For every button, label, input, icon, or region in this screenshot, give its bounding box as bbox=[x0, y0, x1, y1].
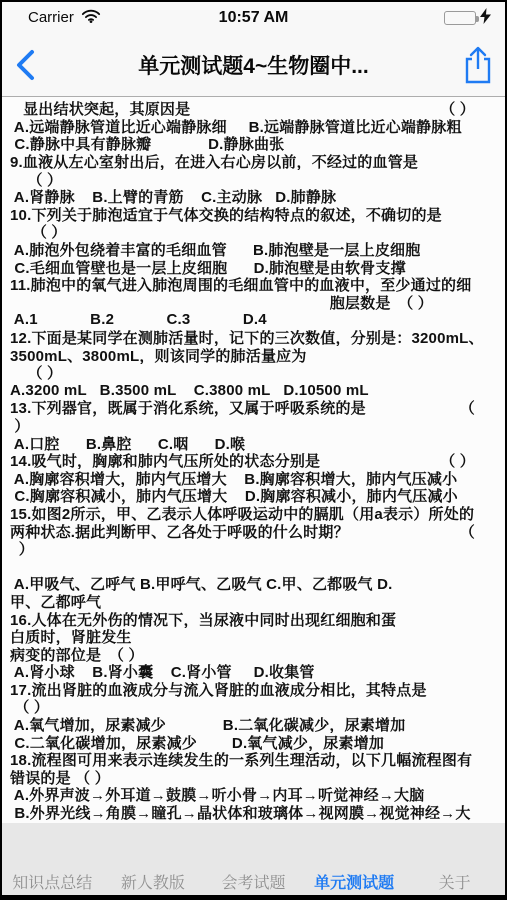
document-line: 错误的是 （ ） bbox=[2, 769, 505, 787]
document-line: A.肺泡外包绕着丰富的毛细血管 B.肺泡壁是一层上皮细胞 bbox=[2, 241, 505, 259]
document-content[interactable]: 显出结状突起，其原因是（ ） A.远端静脉管道比近心端静脉细 B.远端静脉管道比… bbox=[2, 97, 505, 823]
document-line: B.外界光线→角膜→瞳孔→晶状体和玻璃体→视网膜→视觉神经→大 bbox=[2, 804, 505, 822]
document-line: 3500mL、3800mL，则该同学的肺活量应为 bbox=[2, 346, 505, 364]
document-line: 17.流出肾脏的血液成分与流入肾脏的血液成分相比，其特点是 bbox=[2, 681, 505, 699]
battery-icon bbox=[444, 11, 476, 25]
document-line: C.毛细血管壁也是一层上皮细胞 D.肺泡壁是由软骨支撑 bbox=[2, 258, 505, 276]
bottom-bar: 知识点总结新人教版会考试题单元测试题关于 bbox=[2, 823, 505, 900]
document-line: （ ） bbox=[2, 170, 505, 188]
document-line bbox=[2, 557, 505, 575]
document-line: 两种状态.据此判断甲、乙各处于呼吸的什么时期？（ bbox=[2, 522, 505, 540]
document-line: 16.人体在无外伤的情况下，当尿液中同时出现红细胞和蛋 bbox=[2, 610, 505, 628]
document-line: （ ） bbox=[2, 223, 505, 241]
document-line: A.口腔 B.鼻腔 C.咽 D.喉 bbox=[2, 434, 505, 452]
navigation-bar: 单元测试题4~生物圈中... bbox=[2, 33, 505, 97]
wifi-icon bbox=[81, 8, 101, 27]
carrier-label: Carrier bbox=[28, 9, 74, 26]
app-window: Carrier 10:57 AM bbox=[2, 2, 505, 900]
document-line: A.3200 mL B.3500 mL C.3800 mL D.10500 mL bbox=[2, 382, 505, 400]
screen-bottom-edge bbox=[0, 895, 507, 900]
page-title: 单元测试题4~生物圈中... bbox=[52, 50, 455, 80]
document-line: ） bbox=[2, 540, 505, 558]
share-button[interactable] bbox=[463, 45, 493, 85]
tab-exam-questions[interactable]: 会考试题 bbox=[203, 870, 304, 893]
document-line: （ ） bbox=[2, 364, 505, 382]
answer-bracket: （ ） bbox=[440, 100, 475, 118]
answer-bracket: （ bbox=[460, 522, 475, 540]
charging-bolt-icon bbox=[480, 8, 491, 28]
document-line: 14.吸气时，胸廓和肺内气压所处的状态分别是（ ） bbox=[2, 452, 505, 470]
document-line: C.胸廓容积减小，肺内气压增大 D.胸廓容积减小，肺内气压减小 bbox=[2, 487, 505, 505]
document-line: 白质时，肾脏发生 bbox=[2, 628, 505, 646]
document-line: C.静脉中具有静脉瓣 D.静脉曲张 bbox=[2, 135, 505, 153]
tab-new-pep-edition[interactable]: 新人教版 bbox=[103, 870, 204, 893]
document-line: A.甲吸气、乙呼气 B.甲呼气、乙吸气 C.甲、乙都吸气 D. bbox=[2, 575, 505, 593]
document-line: 18.流程图可用来表示连续发生的一系列生理活动，以下几幅流程图有 bbox=[2, 751, 505, 769]
document-line: A.1 B.2 C.3 D.4 bbox=[2, 311, 505, 329]
phone-screen: Carrier 10:57 AM bbox=[0, 0, 507, 900]
tab-about[interactable]: 关于 bbox=[404, 870, 505, 893]
document-line: （ ） bbox=[2, 698, 505, 716]
document-line: 9.血液从左心室射出后，在进入右心房以前，不经过的血管是 bbox=[2, 153, 505, 171]
document-line: ） bbox=[2, 417, 505, 435]
answer-bracket: （ bbox=[460, 399, 475, 417]
document-line: A.外界声波→外耳道→鼓膜→听小骨→内耳→听觉神经→大脑 bbox=[2, 786, 505, 804]
document-line: 13.下列器官，既属于消化系统，又属于呼吸系统的是（ bbox=[2, 399, 505, 417]
document-line: 10.下列关于肺泡适宜于气体交换的结构特点的叙述，不确切的是 bbox=[2, 206, 505, 224]
document-line: 11.肺泡中的氧气进入肺泡周围的毛细血管中的血液中，至少通过的细 bbox=[2, 276, 505, 294]
answer-bracket: （ ） bbox=[440, 452, 475, 470]
document-line: 胞层数是 （ ） bbox=[2, 294, 505, 312]
document-line: 12.下面是某同学在测肺活量时，记下的三次数值，分别是：3200mL、 bbox=[2, 329, 505, 347]
tab-knowledge-summary[interactable]: 知识点总结 bbox=[2, 870, 103, 893]
document-line: 显出结状突起，其原因是（ ） bbox=[2, 100, 505, 118]
document-line: A.远端静脉管道比近心端静脉细 B.远端静脉管道比近心端静脉粗 bbox=[2, 118, 505, 136]
chevron-left-icon bbox=[14, 48, 36, 82]
share-export-icon bbox=[463, 45, 493, 85]
tab-unit-tests[interactable]: 单元测试题 bbox=[304, 870, 405, 893]
document-line: 15.如图2所示，甲、乙表示人体呼吸运动中的膈肌（用a表示）所处的 bbox=[2, 505, 505, 523]
document-line: A.胸廓容积增大，肺内气压增大 B.胸廓容积增大，肺内气压减小 bbox=[2, 469, 505, 487]
back-button[interactable] bbox=[14, 48, 36, 82]
document-line: C.二氧化碳增加，尿素减少 D.氧气减少，尿素增加 bbox=[2, 733, 505, 751]
document-line: 甲、乙都呼气 bbox=[2, 593, 505, 611]
document-line: A.肾小球 B.肾小囊 C.肾小管 D.收集管 bbox=[2, 663, 505, 681]
document-line: A.肾静脉 B.上臂的青筋 C.主动脉 D.肺静脉 bbox=[2, 188, 505, 206]
document-line: A.氧气增加，尿素减少 B.二氧化碳减少，尿素增加 bbox=[2, 716, 505, 734]
status-bar: Carrier 10:57 AM bbox=[2, 2, 505, 33]
document-line: 病变的部位是 （ ） bbox=[2, 645, 505, 663]
